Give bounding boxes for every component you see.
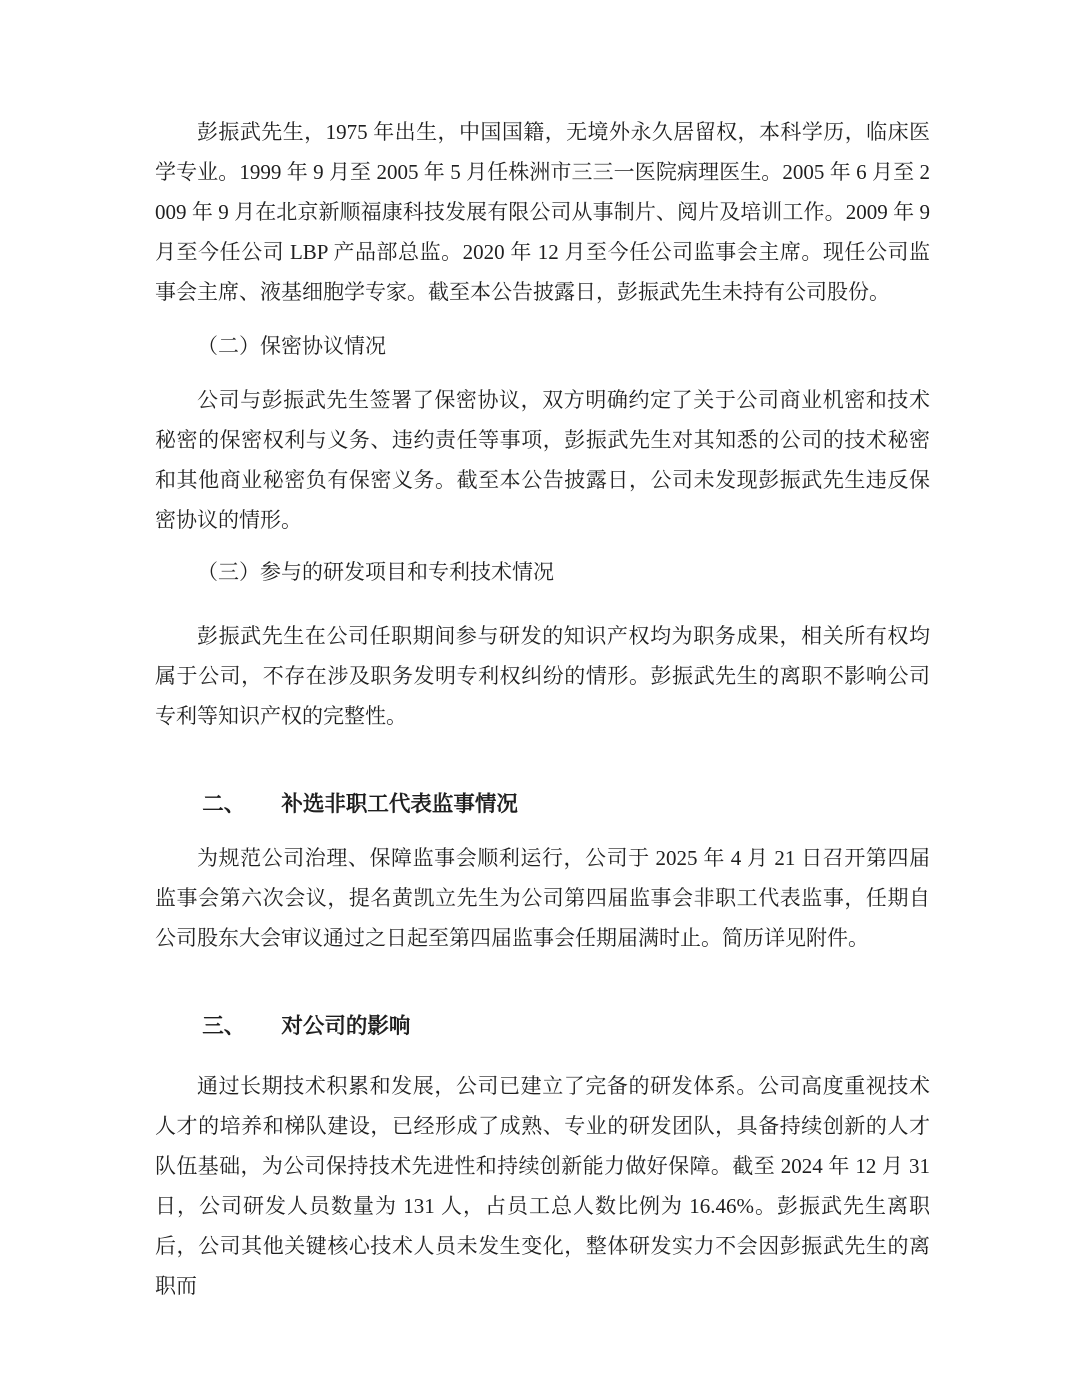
heading-section-3-title: 对公司的影响: [281, 1014, 410, 1038]
paragraph-impact: 通过长期技术积累和发展，公司已建立了完备的研发体系。公司高度重视技术人才的培养和…: [155, 1066, 930, 1306]
paragraph-rd-patents: 彭振武先生在公司任职期间参与研发的知识产权均为职务成果，相关所有权均属于公司，不…: [155, 616, 930, 736]
paragraph-confidentiality: 公司与彭振武先生签署了保密协议，双方明确约定了关于公司商业机密和技术秘密的保密权…: [155, 380, 930, 540]
subheading-rd-projects-patents: （三）参与的研发项目和专利技术情况: [155, 552, 930, 592]
document-page: 彭振武先生，1975 年出生，中国国籍，无境外永久居留权，本科学历，临床医学专业…: [0, 0, 1080, 1397]
heading-section-2-title: 补选非职工代表监事情况: [281, 792, 518, 816]
subheading-confidentiality-agreement: （二）保密协议情况: [155, 326, 930, 366]
heading-section-2-number: 二、: [202, 792, 245, 816]
heading-section-2-byelection: 二、补选非职工代表监事情况: [155, 784, 930, 824]
heading-section-3-impact: 三、对公司的影响: [155, 1006, 930, 1046]
paragraph-supervisor-bio: 彭振武先生，1975 年出生，中国国籍，无境外永久居留权，本科学历，临床医学专业…: [155, 112, 930, 312]
heading-section-3-number: 三、: [202, 1014, 245, 1038]
paragraph-byelection: 为规范公司治理、保障监事会顺利运行，公司于 2025 年 4 月 21 日召开第…: [155, 838, 930, 958]
